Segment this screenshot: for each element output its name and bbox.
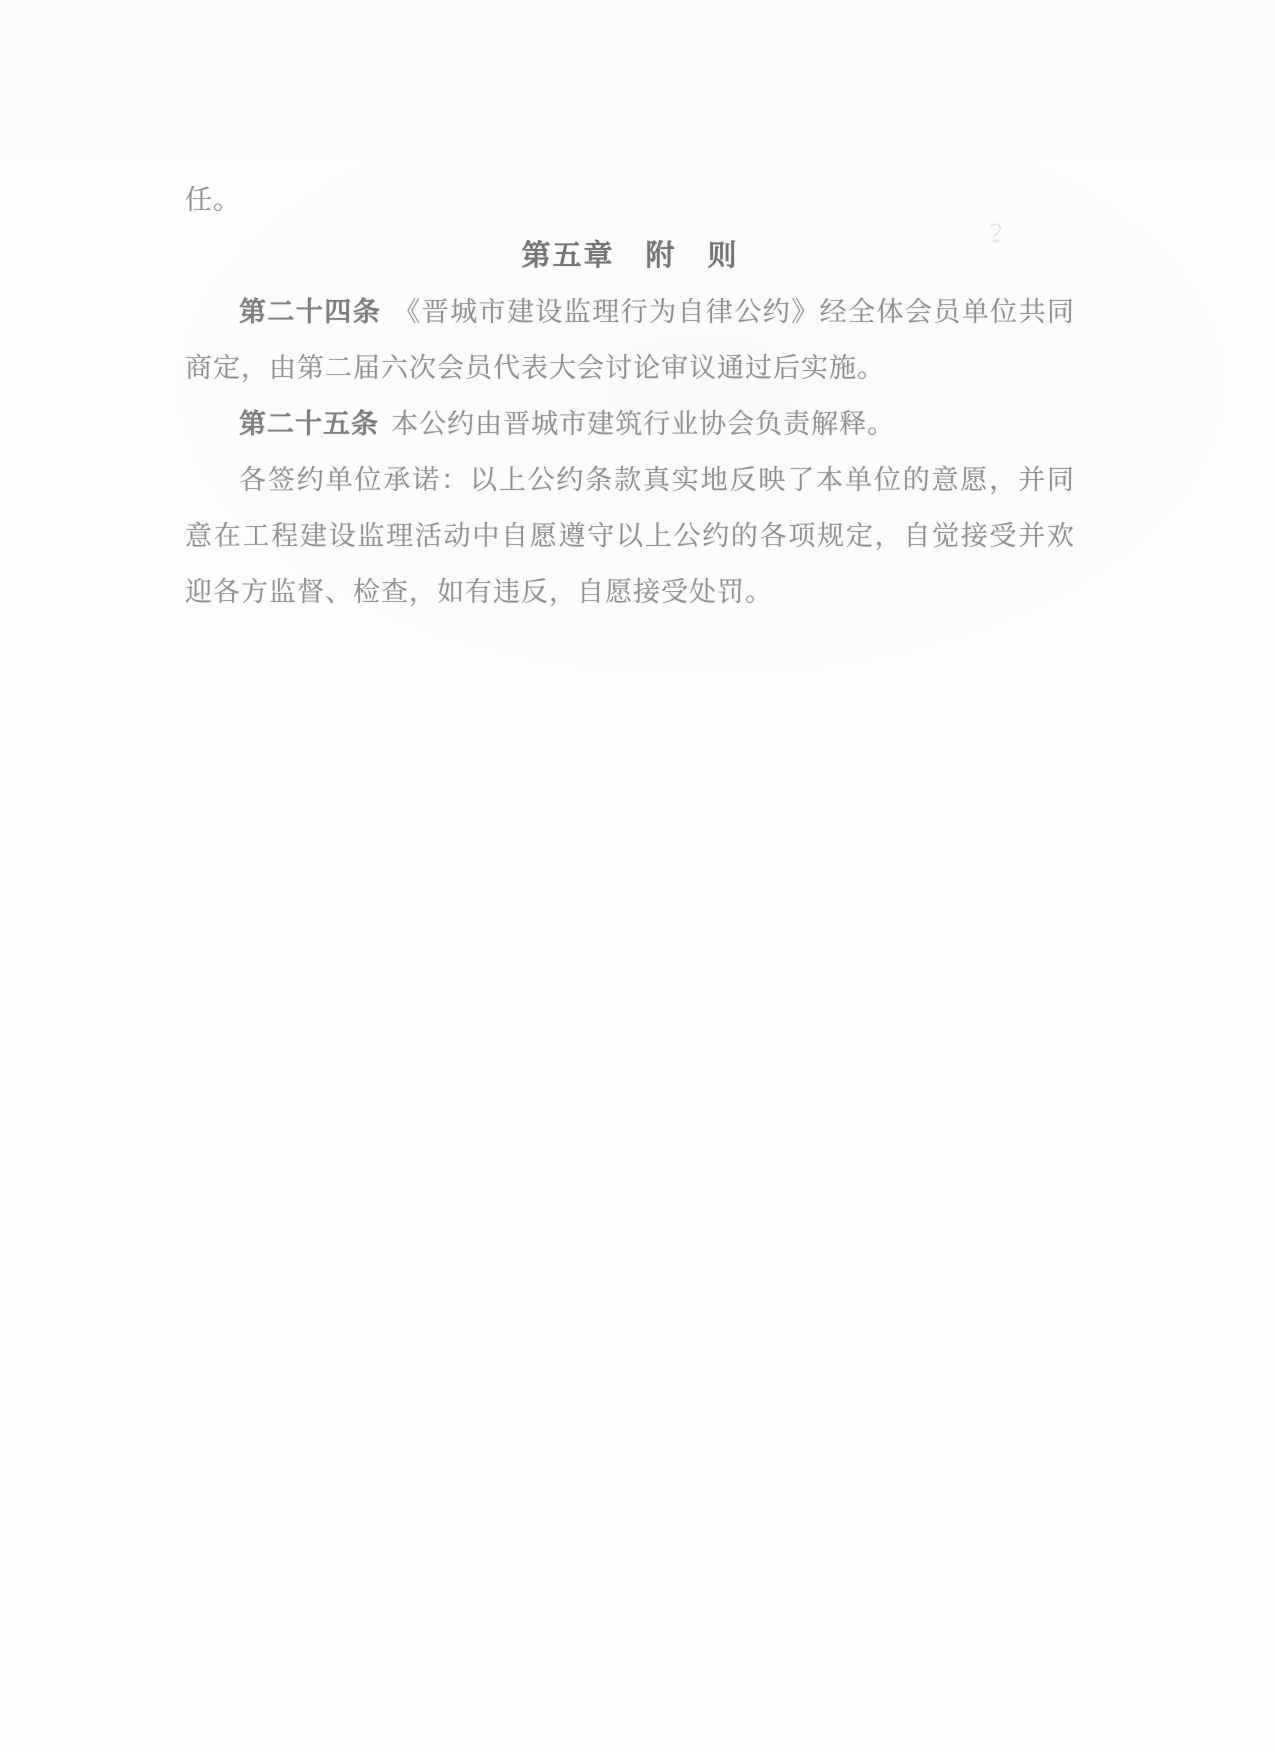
carryover-line: 任。 (185, 172, 1075, 228)
article-24-label: 第二十四条 (239, 297, 381, 327)
article-25-label: 第二十五条 (239, 409, 379, 439)
article-24: 第二十四条《晋城市建设监理行为自律公约》经全体会员单位共同商定，由第二届六次会员… (185, 284, 1075, 396)
closing-paragraph: 各签约单位承诺：以上公约条款真实地反映了本单位的意愿，并同意在工程建设监理活动中… (185, 452, 1075, 620)
article-25: 第二十五条本公约由晋城市建筑行业协会负责解释。 (185, 396, 1075, 452)
article-25-text: 本公约由晋城市建筑行业协会负责解释。 (391, 409, 895, 439)
scanned-document-page: 任。 第五章 附 则 第二十四条《晋城市建设监理行为自律公约》经全体会员单位共同… (0, 0, 1275, 1752)
document-text-block: 任。 第五章 附 则 第二十四条《晋城市建设监理行为自律公约》经全体会员单位共同… (185, 172, 1075, 620)
chapter-heading: 第五章 附 则 (185, 228, 1075, 284)
